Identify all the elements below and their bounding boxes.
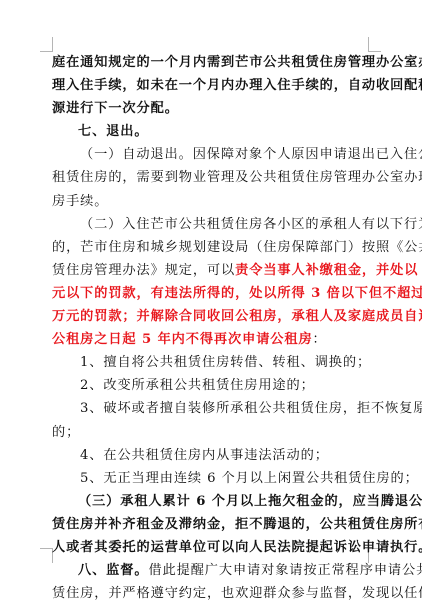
text-segment: （一）自动退出。因保障对象个人原因申请退出已入住公共	[80, 147, 422, 162]
text-segment: 庭在通知规定的一个月内需到芒市公共租赁住房管理办公室办	[52, 55, 422, 70]
text-segment: 房手续。	[52, 194, 108, 209]
text-segment: （三）承租人累计 6 个月以上拖欠租金的，应当腾退公共租	[78, 494, 422, 509]
text-segment: 2、改变所承租公共租赁住房用途的；	[80, 378, 315, 393]
margin-corner-top-right	[368, 37, 381, 52]
text-segment: 租赁住房的，需要到物业管理及公共租赁住房管理办公室办理退	[52, 170, 422, 185]
text-segment: 八、监督。	[78, 563, 148, 578]
text-segment: 赁住房并补齐租金及滞纳金，拒不腾退的，公共租赁住房所有权	[52, 517, 422, 532]
text-segment: （二）入住芒市公共租赁住房各小区的承租人有以下行为	[80, 217, 422, 232]
text-segment: ：	[313, 332, 327, 347]
margin-corner-top-left	[40, 37, 53, 52]
text-segment: 人或者其委托的运营单位可以向人民法院提起诉讼申请执行。	[52, 540, 422, 555]
highlighted-text: 元以下的罚款，有违法所得的，处以所得 3 倍以下但不超过 3	[52, 286, 422, 301]
text-line: 元以下的罚款，有违法所得的，处以所得 3 倍以下但不超过 3	[52, 282, 370, 305]
text-line: 5、无正当理由连续 6 个月以上闲置公共租赁住房的；	[52, 467, 370, 490]
text-segment: 4、在公共租赁住房内从事违法活动的；	[80, 448, 329, 463]
text-line: 理入住手续，如未在一个月内办理入住手续的，自动收回配租房	[52, 74, 370, 97]
text-line: 万元的罚款；并解除合同收回公租房，承租人及家庭成员自退回	[52, 305, 370, 328]
text-line: 2、改变所承租公共租赁住房用途的；	[52, 374, 370, 397]
text-segment: 借此提醒广大申请对象请按正常程序申请公共租	[148, 563, 422, 578]
text-line: （三）承租人累计 6 个月以上拖欠租金的，应当腾退公共租	[52, 490, 370, 513]
text-line: 八、监督。借此提醒广大申请对象请按正常程序申请公共租	[52, 559, 370, 582]
text-line: 源进行下一次分配。	[52, 97, 370, 120]
text-line: 人或者其委托的运营单位可以向人民法院提起诉讼申请执行。	[52, 536, 370, 559]
text-segment: 3、破坏或者擅自装修所承租公共租赁住房，拒不恢复原状	[80, 401, 422, 416]
highlighted-text: 公租房之日起 5 年内不得再次申请公租房	[52, 332, 313, 347]
text-line: 4、在公共租赁住房内从事违法活动的；	[52, 444, 370, 467]
text-line: 赁住房管理办法》规定，可以责令当事人补缴租金，并处以 1000	[52, 259, 370, 282]
text-segment: 理入住手续，如未在一个月内办理入住手续的，自动收回配租房	[52, 78, 422, 93]
text-line: （二）入住芒市公共租赁住房各小区的承租人有以下行为	[52, 213, 370, 236]
text-line: 租赁住房的，需要到物业管理及公共租赁住房管理办公室办理退	[52, 166, 370, 189]
highlighted-text: 责令当事人补缴租金，并处以 1000	[235, 263, 422, 278]
text-segment: 的，芒市住房和城乡规划建设局（住房保障部门）按照《公共租	[52, 240, 422, 255]
highlighted-text: 万元的罚款；并解除合同收回公租房，承租人及家庭成员自退回	[52, 309, 422, 324]
text-segment: 赁住房，并严格遵守约定，也欢迎群众参与监督，发现以任何形	[52, 586, 422, 600]
text-line: 赁住房，并严格遵守约定，也欢迎群众参与监督，发现以任何形	[52, 582, 370, 600]
text-line: 的；	[52, 421, 370, 444]
text-segment: 5、无正当理由连续 6 个月以上闲置公共租赁住房的；	[80, 471, 419, 486]
text-line: 七、退出。	[52, 120, 370, 143]
text-line: 的，芒市住房和城乡规划建设局（住房保障部门）按照《公共租	[52, 236, 370, 259]
text-line: （一）自动退出。因保障对象个人原因申请退出已入住公共	[52, 143, 370, 166]
text-line: 1、擅自将公共租赁住房转借、转租、调换的；	[52, 351, 370, 374]
text-line: 庭在通知规定的一个月内需到芒市公共租赁住房管理办公室办	[52, 51, 370, 74]
text-segment: 1、擅自将公共租赁住房转借、转租、调换的；	[80, 355, 371, 370]
text-segment: 七、退出。	[78, 124, 148, 139]
text-segment: 赁住房管理办法》规定，可以	[52, 263, 235, 278]
text-line: 公租房之日起 5 年内不得再次申请公租房：	[52, 328, 370, 351]
text-line: 3、破坏或者擅自装修所承租公共租赁住房，拒不恢复原状	[52, 397, 370, 420]
text-segment: 源进行下一次分配。	[52, 101, 179, 116]
text-line: 房手续。	[52, 190, 370, 213]
text-line: 赁住房并补齐租金及滞纳金，拒不腾退的，公共租赁住房所有权	[52, 513, 370, 536]
text-segment: 的；	[52, 425, 80, 440]
document-page: 庭在通知规定的一个月内需到芒市公共租赁住房管理办公室办理入住手续，如未在一个月内…	[52, 51, 370, 600]
